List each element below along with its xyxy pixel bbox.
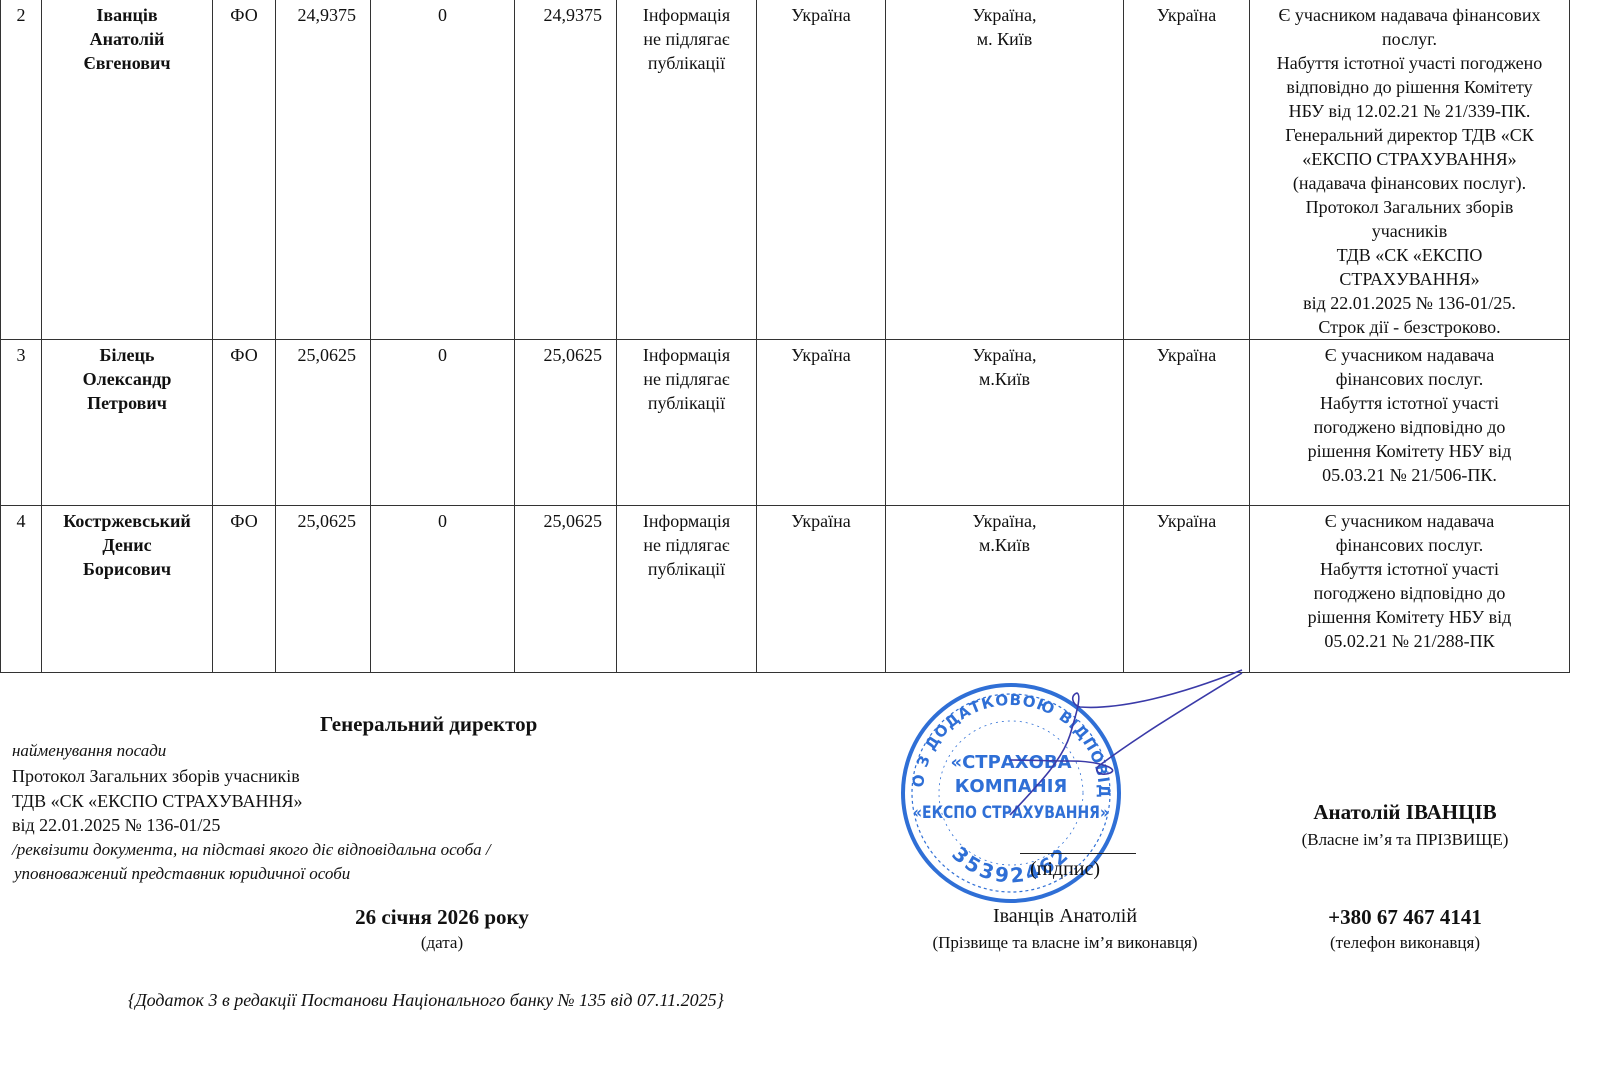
table-row: 4КостржевськийДенисБорисовичФО25,0625025… (1, 506, 1570, 673)
cell-direct-share: 24,9375 (276, 0, 371, 340)
id-info-line: не підлягає (621, 367, 752, 391)
cell-participant-name: КостржевськийДенисБорисович (42, 506, 213, 673)
residence-line: Україна, (890, 343, 1119, 367)
cell-person-type: ФО (213, 340, 276, 506)
cell-id-info: Інформаціяне підлягаєпублікації (617, 0, 757, 340)
cell-note: Є учасником надавачафінансових послуг.На… (1250, 340, 1570, 506)
note-line: 05.02.21 № 21/288-ПК (1254, 629, 1565, 653)
table-row: 2ІванцівАнатолійЄвгеновичФО24,9375024,93… (1, 0, 1570, 340)
id-info-line: Інформація (621, 343, 752, 367)
basis-document-line: Протокол Загальних зборів учасників (12, 766, 300, 787)
note-line: Є учасником надавача (1254, 509, 1565, 533)
cell-residence: Україна,м.Київ (886, 340, 1124, 506)
note-line: від 22.01.2025 № 136-01/25. (1254, 291, 1565, 315)
cell-country: Україна (1124, 0, 1250, 340)
id-info-line: не підлягає (621, 533, 752, 557)
note-line: Протокол Загальних зборів (1254, 195, 1565, 219)
cell-country: Україна (1124, 506, 1250, 673)
note-line: погоджено відповідно до (1254, 581, 1565, 605)
executor-name: Іванців Анатолій (905, 905, 1225, 928)
basis-document-line: від 22.01.2025 № 136-01/25 (12, 815, 220, 836)
id-info-line: Інформація (621, 509, 752, 533)
note-line: Генеральний директор ТДВ «СК (1254, 123, 1565, 147)
note-line: рішення Комітету НБУ від (1254, 605, 1565, 629)
cell-person-type: ФО (213, 506, 276, 673)
cell-row-number: 2 (1, 0, 42, 340)
note-line: послуг. (1254, 27, 1565, 51)
cell-participant-name: БілецьОлександрПетрович (42, 340, 213, 506)
note-line: Набуття істотної участі погоджено (1254, 51, 1565, 75)
cell-citizenship: Україна (757, 340, 886, 506)
cell-total-share: 25,0625 (515, 340, 617, 506)
id-info-line: публікації (621, 391, 752, 415)
note-line: Строк дії - безстроково. (1254, 315, 1565, 339)
signature-caption: (підпис) (1005, 858, 1125, 881)
residence-line: м. Київ (890, 27, 1119, 51)
note-line: фінансових послуг. (1254, 533, 1565, 557)
cell-row-number: 4 (1, 506, 42, 673)
cell-note: Є учасником надавача фінансовихпослуг.На… (1250, 0, 1570, 340)
cell-total-share: 24,9375 (515, 0, 617, 340)
head-name: Анатолій ІВАНЦІВ (1250, 800, 1560, 825)
participant-name-line: Костржевський (46, 509, 208, 533)
note-line: «ЕКСПО СТРАХУВАННЯ» (1254, 147, 1565, 171)
note-line: Є учасником надавача фінансових (1254, 3, 1565, 27)
note-line: погоджено відповідно до (1254, 415, 1565, 439)
participant-name-line: Анатолій (46, 27, 208, 51)
note-line: Набуття істотної участі (1254, 557, 1565, 581)
note-line: учасників (1254, 219, 1565, 243)
cell-person-type: ФО (213, 0, 276, 340)
footnote: {Додаток 3 в редакції Постанови Націонал… (128, 990, 724, 1011)
participant-name-line: Денис (46, 533, 208, 557)
participant-name-line: Петрович (46, 391, 208, 415)
head-name-caption: (Власне ім’я та ПРІЗВИЩЕ) (1250, 830, 1560, 850)
table-row: 3БілецьОлександрПетровичФО25,0625025,062… (1, 340, 1570, 506)
note-line: фінансових послуг. (1254, 367, 1565, 391)
note-line: Є учасником надавача (1254, 343, 1565, 367)
cell-id-info: Інформаціяне підлягаєпублікації (617, 340, 757, 506)
cell-row-number: 3 (1, 340, 42, 506)
cell-indirect-share: 0 (371, 340, 515, 506)
residence-line: м.Київ (890, 367, 1119, 391)
basis-caption: /реквізити документа, на підставі якого … (12, 840, 491, 860)
cell-direct-share: 25,0625 (276, 506, 371, 673)
signature-line (1020, 853, 1136, 854)
cell-residence: Україна,м. Київ (886, 0, 1124, 340)
cell-indirect-share: 0 (371, 0, 515, 340)
cell-note: Є учасником надавачафінансових послуг.На… (1250, 506, 1570, 673)
note-line: (надавача фінансових послуг). (1254, 171, 1565, 195)
id-info-line: не підлягає (621, 27, 752, 51)
cell-id-info: Інформаціяне підлягаєпублікації (617, 506, 757, 673)
participants-table: 2ІванцівАнатолійЄвгеновичФО24,9375024,93… (0, 0, 1570, 673)
note-line: рішення Комітету НБУ від (1254, 439, 1565, 463)
position-caption: найменування посади (12, 741, 166, 761)
residence-line: Україна, (890, 3, 1119, 27)
note-line: ТДВ «СК «ЕКСПО (1254, 243, 1565, 267)
note-line: НБУ від 12.02.21 № 21/339-ПК. (1254, 99, 1565, 123)
document-date: 26 січня 2026 року (300, 905, 584, 930)
position-title: Генеральний директор (320, 712, 537, 737)
participant-name-line: Борисович (46, 557, 208, 581)
basis-caption: уповноважений представник юридичної особ… (14, 864, 350, 884)
cell-direct-share: 25,0625 (276, 340, 371, 506)
cell-country: Україна (1124, 340, 1250, 506)
residence-line: Україна, (890, 509, 1119, 533)
cell-total-share: 25,0625 (515, 506, 617, 673)
cell-citizenship: Україна (757, 0, 886, 340)
note-line: СТРАХУВАННЯ» (1254, 267, 1565, 291)
residence-line: м.Київ (890, 533, 1119, 557)
id-info-line: публікації (621, 51, 752, 75)
basis-document-line: ТДВ «СК «ЕКСПО СТРАХУВАННЯ» (12, 791, 303, 812)
participant-name-line: Іванців (46, 3, 208, 27)
signature-icon (1000, 665, 1250, 835)
id-info-line: публікації (621, 557, 752, 581)
participant-name-line: Євгенович (46, 51, 208, 75)
executor-caption: (Прізвище та власне ім’я виконавця) (900, 933, 1230, 953)
cell-indirect-share: 0 (371, 506, 515, 673)
phone-caption: (телефон виконавця) (1250, 933, 1560, 953)
cell-participant-name: ІванцівАнатолійЄвгенович (42, 0, 213, 340)
date-caption: (дата) (300, 933, 584, 953)
cell-residence: Україна,м.Київ (886, 506, 1124, 673)
participant-name-line: Білець (46, 343, 208, 367)
participant-name-line: Олександр (46, 367, 208, 391)
executor-phone: +380 67 467 4141 (1250, 905, 1560, 930)
note-line: Набуття істотної участі (1254, 391, 1565, 415)
id-info-line: Інформація (621, 3, 752, 27)
note-line: 05.03.21 № 21/506-ПК. (1254, 463, 1565, 487)
note-line: відповідно до рішення Комітету (1254, 75, 1565, 99)
cell-citizenship: Україна (757, 506, 886, 673)
